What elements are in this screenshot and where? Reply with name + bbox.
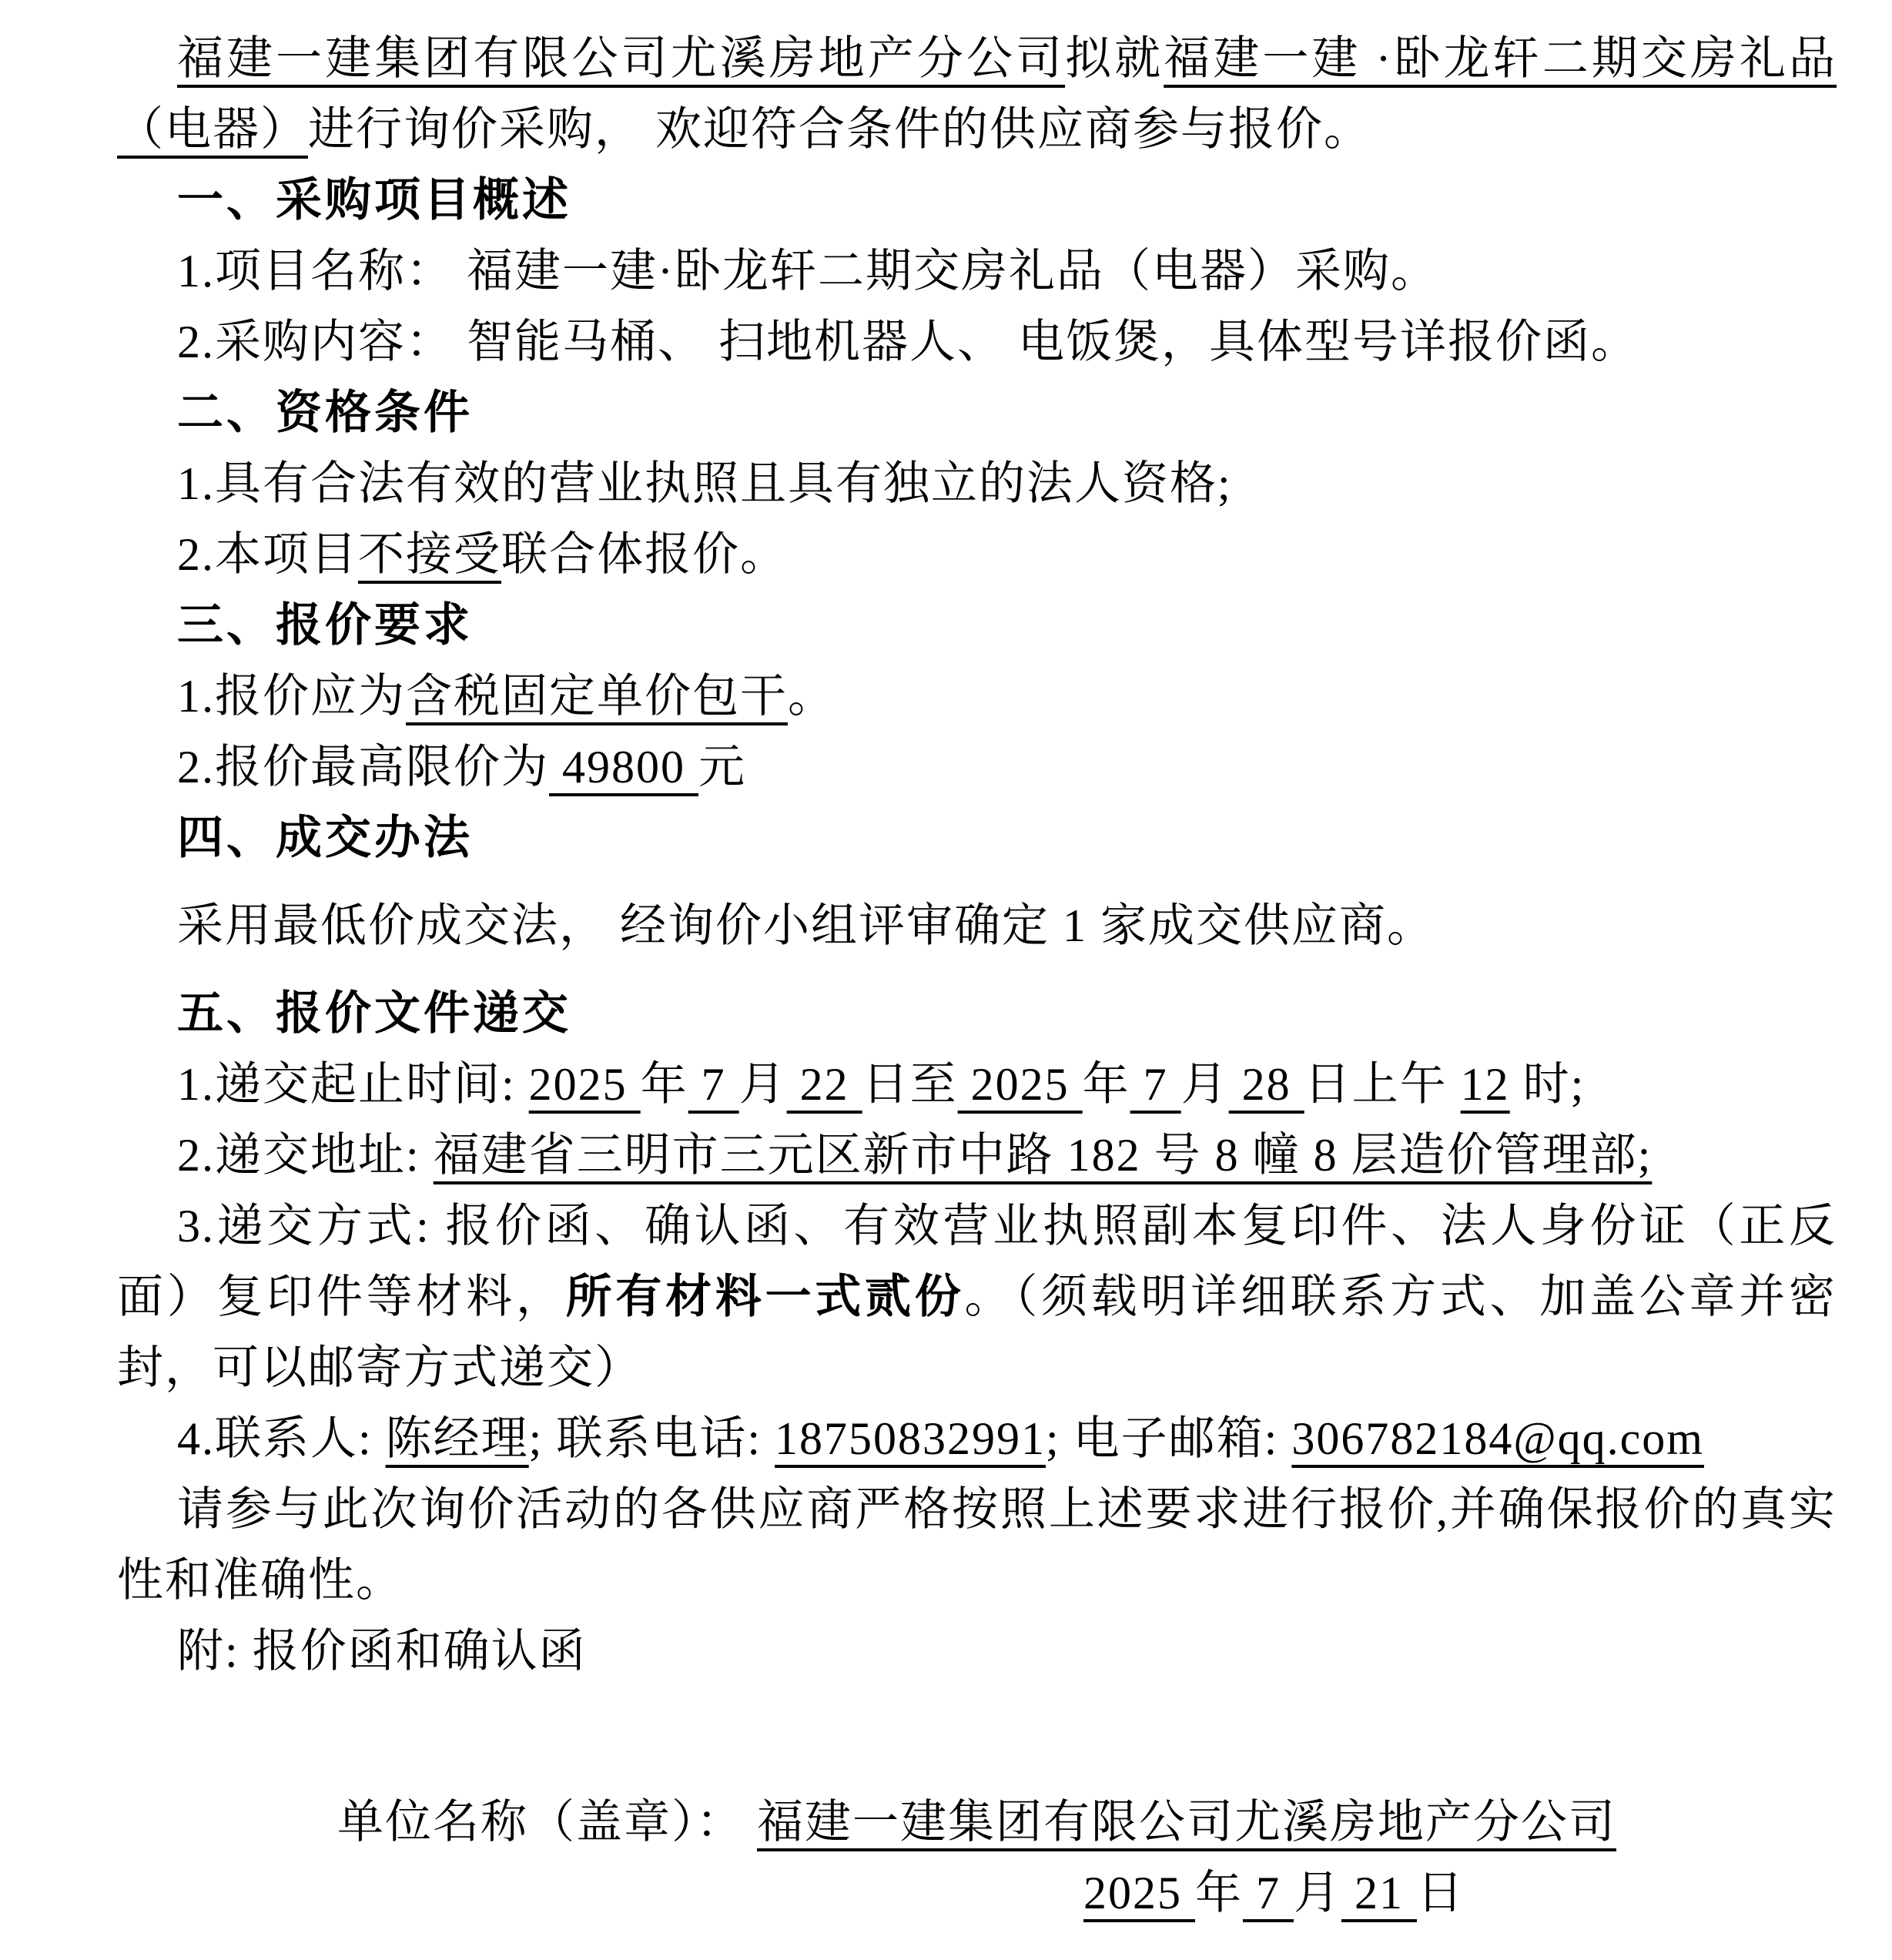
text-segment: 月 — [739, 1059, 787, 1110]
text-segment: 月 — [1294, 1868, 1341, 1918]
text-segment: 。 — [788, 671, 835, 722]
section5-item1: 1.递交起止时间: 2025 年 7 月 22 日至 2025 年 7 月 28… — [117, 1049, 1837, 1120]
text-segment: 时; — [1510, 1059, 1586, 1110]
text-segment: 四、成交办法 — [177, 812, 473, 863]
section4-paragraph: 采用最低价成交法， 经询价小组评审确定 1 家成交供应商。 — [117, 890, 1837, 961]
underlined-text: 2025 — [958, 1059, 1083, 1110]
closing-paragraph: 请参与此次询价活动的各供应商严格按照上述要求进行报价,并确保报价的真实性和准确性… — [117, 1474, 1837, 1616]
text-segment: 年 — [1083, 1059, 1130, 1110]
underlined-text: 含税固定单价包干 — [406, 671, 788, 722]
text-segment: 年 — [1195, 1868, 1243, 1918]
text-segment: 2.本项目 — [177, 529, 358, 580]
underlined-text: 7 — [1243, 1868, 1294, 1918]
underlined-text: 49800 — [549, 742, 698, 792]
section5-item4: 4.联系人: 陈经理; 联系电话: 18750832991; 电子邮箱: 306… — [117, 1403, 1837, 1474]
section2-item2: 2.本项目不接受联合体报价。 — [117, 519, 1837, 590]
text-segment: 日上午 — [1304, 1059, 1461, 1110]
underlined-text: 2025 — [1083, 1868, 1195, 1918]
section3-item2: 2.报价最高限价为 49800 元 — [117, 732, 1837, 802]
underlined-text: 福建一建集团有限公司尤溪房地产分公司 — [757, 1797, 1616, 1848]
text-segment: 日至 — [862, 1059, 958, 1110]
underlined-text: 7 — [688, 1059, 739, 1110]
text-segment: 1.项目名称： 福建一建·卧龙轩二期交房礼品（电器）采购。 — [177, 246, 1438, 297]
attachment-note: 附: 报价函和确认函 — [117, 1616, 1837, 1687]
underlined-text: 陈经理 — [386, 1413, 529, 1464]
text-segment: 月 — [1181, 1059, 1229, 1110]
text-segment: 一、采购项目概述 — [177, 174, 571, 226]
section-heading-2: 二、资格条件 — [117, 377, 1837, 448]
section-heading-1: 一、采购项目概述 — [117, 165, 1837, 236]
text-segment: 采用最低价成交法， 经询价小组评审确定 1 家成交供应商。 — [177, 900, 1435, 951]
section5-item2: 2.递交地址: 福建省三明市三元区新市中路 182 号 8 幢 8 层造价管理部… — [117, 1120, 1837, 1191]
underlined-text: 7 — [1130, 1059, 1181, 1110]
underlined-text: 306782184@qq.com — [1291, 1413, 1704, 1464]
intro-paragraph: 福建一建集团有限公司尤溪房地产分公司拟就福建一建 ·卧龙轩二期交房礼品（电器）进… — [117, 23, 1837, 165]
underlined-text: 12 — [1461, 1059, 1510, 1110]
underlined-text: 28 — [1229, 1059, 1304, 1110]
underlined-text: 福建一建集团有限公司尤溪房地产分公司 — [177, 33, 1065, 84]
section5-item3: 3.递交方式: 报价函、确认函、有效营业执照副本复印件、法人身份证（正反面）复印… — [117, 1191, 1837, 1403]
text-segment: 请参与此次询价活动的各供应商严格按照上述要求进行报价,并确保报价的真实性和准确性… — [117, 1484, 1837, 1606]
text-segment: 附: 报价函和确认函 — [177, 1626, 587, 1677]
text-segment: 元 — [698, 742, 746, 792]
text-segment: 二、资格条件 — [177, 387, 473, 438]
section1-item1: 1.项目名称： 福建一建·卧龙轩二期交房礼品（电器）采购。 — [117, 236, 1837, 307]
section1-item2: 2.采购内容： 智能马桶、 扫地机器人、 电饭煲，具体型号详报价函。 — [117, 307, 1837, 377]
section-heading-5: 五、报价文件递交 — [117, 978, 1837, 1049]
underlined-text: 22 — [787, 1059, 862, 1110]
text-segment: 2.递交地址: — [177, 1130, 434, 1181]
section-heading-4: 四、成交办法 — [117, 802, 1837, 873]
underlined-text: 21 — [1341, 1868, 1417, 1918]
text-segment: 1.具有合法有效的营业执照且具有独立的法人资格; — [177, 458, 1232, 509]
text-segment: 联合体报价。 — [501, 529, 788, 580]
text-segment: ; 联系电话: — [529, 1413, 775, 1464]
text-segment: 日 — [1417, 1868, 1465, 1918]
underlined-text: 2025 — [529, 1059, 641, 1110]
text-segment: 进行询价采购， 欢迎符合条件的供应商参与报价。 — [308, 104, 1371, 155]
section-heading-3: 三、报价要求 — [117, 590, 1837, 661]
text-segment: 拟就 — [1065, 33, 1164, 84]
section3-item1: 1.报价应为含税固定单价包干。 — [117, 661, 1837, 732]
signature-company-line: 单位名称（盖章）： 福建一建集团有限公司尤溪房地产分公司 — [337, 1787, 1837, 1858]
signature-date-line: 2025 年 7 月 21 日 — [1083, 1858, 1837, 1928]
text-segment: 五、报价文件递交 — [177, 987, 571, 1039]
text-segment: ; 电子邮箱: — [1046, 1413, 1291, 1464]
underlined-text: 18750832991 — [775, 1413, 1046, 1464]
document-page: 福建一建集团有限公司尤溪房地产分公司拟就福建一建 ·卧龙轩二期交房礼品（电器）进… — [0, 0, 1892, 1960]
text-segment: 1.递交起止时间: — [177, 1059, 529, 1110]
underlined-text: 不接受 — [358, 529, 501, 580]
section2-item1: 1.具有合法有效的营业执照且具有独立的法人资格; — [117, 448, 1837, 519]
underlined-text: 福建省三明市三元区新市中路 182 号 8 幢 8 层造价管理部; — [434, 1130, 1653, 1181]
text-segment: 单位名称（盖章）： — [337, 1797, 757, 1848]
text-segment: 2.报价最高限价为 — [177, 742, 549, 792]
text-segment: 1.报价应为 — [177, 671, 406, 722]
bold-text: 所有材料一式贰份 — [566, 1271, 965, 1322]
text-segment: 三、报价要求 — [177, 599, 473, 651]
text-segment: 4.联系人: — [177, 1413, 386, 1464]
text-segment: 年 — [641, 1059, 688, 1110]
text-segment: 2.采购内容： 智能马桶、 扫地机器人、 电饭煲，具体型号详报价函。 — [177, 317, 1639, 367]
